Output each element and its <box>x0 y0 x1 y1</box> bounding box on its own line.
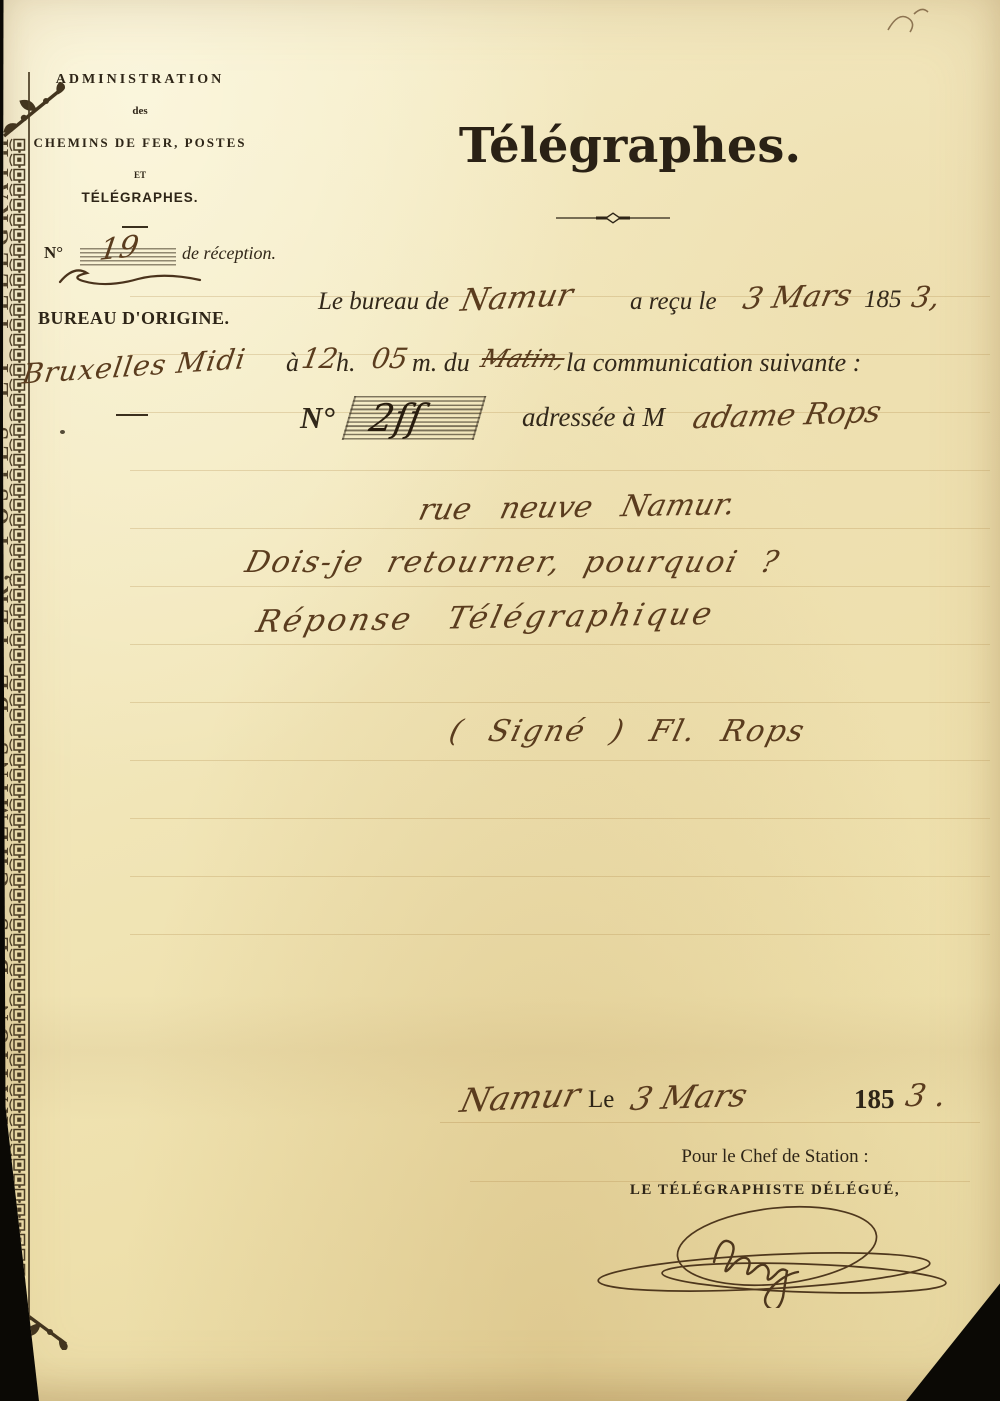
form-line-2: à 12 h. 05 m. du Matin, la communication… <box>0 342 1000 392</box>
printed-a-recu-le: a reçu le <box>630 288 717 316</box>
side-border-rule <box>28 72 30 1348</box>
chef-de-station-line: Pour le Chef de Station : <box>650 1146 900 1168</box>
printed-h: h. <box>336 348 356 378</box>
message-line-question: Dois-je retourner, pourquoi ? <box>242 545 784 580</box>
admin-heading: ADMINISTRATION <box>35 72 245 88</box>
handwritten-bureau-name: Namur <box>458 277 576 319</box>
printed-m-du: m. du <box>412 348 470 378</box>
signature-flourish-icon <box>592 1200 964 1308</box>
form-line-3: N° 2ſſ adressée à M adame Rops <box>0 398 1000 458</box>
footer-date-line: Namur Le 3 Mars 185 3 . <box>0 1078 1000 1134</box>
printed-year-185: 185 <box>864 286 902 314</box>
printed-le: Le <box>588 1086 614 1114</box>
page-title: Télégraphes. <box>320 118 940 174</box>
telegram-number-box: 2ſſ <box>342 396 487 440</box>
printed-footer-year: 185 <box>854 1084 895 1115</box>
paper-sheet: ADMINISTRATION DES CHEMINS DE FER, POSTE… <box>0 0 1000 1401</box>
message-line-address: rue neuve Namur. <box>415 487 739 527</box>
corner-ornament-bottom-icon <box>0 1294 76 1350</box>
handwritten-matin: Matin, <box>477 344 569 373</box>
telegraphiste-delegue-line: LE TÉLÉGRAPHISTE DÉLÉGUÉ, <box>620 1182 910 1199</box>
printed-adressee-a-m: adressée à M <box>522 402 665 433</box>
printed-no: N° <box>300 400 335 436</box>
handwritten-telegram-number: 2ſſ <box>346 396 426 440</box>
divider-dash-1 <box>122 226 148 228</box>
handwritten-minutes: 05 <box>369 342 410 375</box>
admin-des: des <box>35 105 245 117</box>
admin-telegraphes: TÉLÉGRAPHES. <box>35 190 245 205</box>
handwritten-hour: 12 <box>299 342 340 375</box>
paper-speck <box>60 430 65 434</box>
form-line-1: Le bureau de Namur a reçu le 3 Mars 185 … <box>0 280 1000 330</box>
message-line-signed: ( Signé ) Fl. Rops <box>446 714 810 749</box>
admin-chemins: CHEMINS DE FER, POSTES <box>25 135 255 151</box>
printed-la-communication: la communication suivante : <box>566 348 861 378</box>
printed-a: à <box>286 348 299 378</box>
reception-suffix: de réception. <box>182 243 276 264</box>
handwritten-place: Namur <box>457 1075 585 1120</box>
pen-mark-top-right-icon <box>884 4 932 38</box>
handwritten-footer-date: 3 Mars <box>627 1076 752 1118</box>
title-divider-icon <box>554 212 672 224</box>
admin-et: ET <box>35 170 245 180</box>
handwritten-date: 3 Mars <box>740 278 855 317</box>
telegram-scan: ADMINISTRATION DES CHEMINS DE FER, POSTE… <box>0 0 1000 1401</box>
printed-le-bureau-de: Le bureau de <box>318 288 449 316</box>
handwritten-footer-year-digit: 3 . <box>903 1078 949 1114</box>
reception-no-label: N° <box>44 243 63 263</box>
handwritten-addressee: adame Rops <box>689 395 884 436</box>
handwritten-year-digit: 3, <box>909 280 943 314</box>
